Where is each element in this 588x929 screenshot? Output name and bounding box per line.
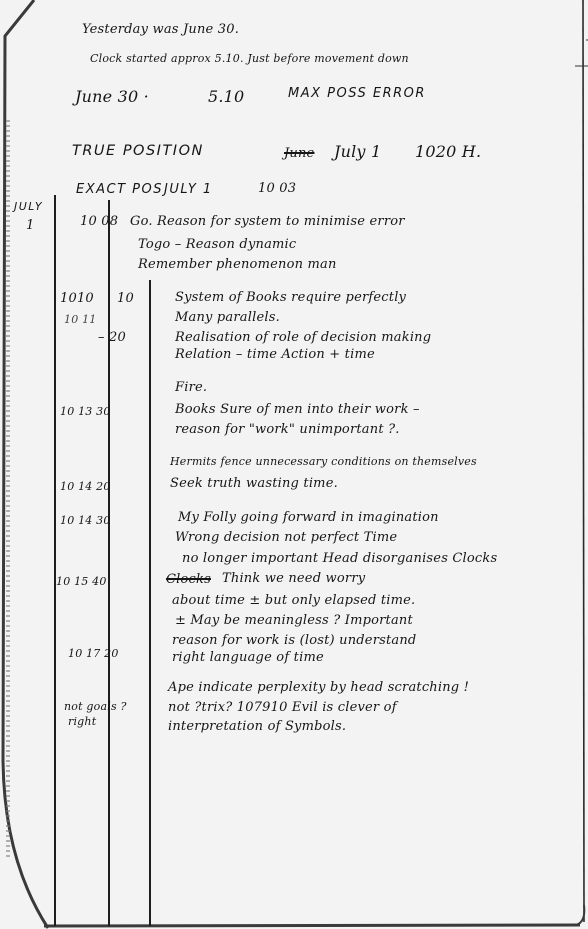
struck-word: Clocks <box>166 572 211 587</box>
entry-line: Ape indicate perplexity by head scratchi… <box>168 680 469 695</box>
header-date: June 30 · <box>75 87 149 106</box>
entry-time: 10 14 30 <box>60 514 111 527</box>
entry-line: Fire. <box>175 380 207 395</box>
entry-subtime: – 20 <box>98 330 126 345</box>
exact-pos-label: EXACT POS <box>76 182 163 197</box>
margin-note: right <box>68 715 96 728</box>
entry-line: Books Sure of men into their work – <box>175 402 420 417</box>
entry-line: Relation – time Action + time <box>175 347 375 362</box>
entry-line: Wrong decision not perfect Time <box>175 530 397 545</box>
entry-time: 10 14 20 <box>60 480 111 493</box>
true-position-date: July 1 <box>334 142 381 161</box>
entry-line: Remember phenomenon man <box>138 257 337 272</box>
entry-line: not ?trix? 107910 Evil is clever of <box>168 700 397 715</box>
entry-time: 10 11 <box>64 313 97 326</box>
entry-time: 10 17 20 <box>68 647 119 660</box>
entry-line: about time ± but only elapsed time. <box>172 593 415 608</box>
entry-line: right language of time <box>172 650 324 665</box>
exact-pos-date: JULY 1 <box>164 182 213 197</box>
entry-line: ± May be meaningless ? Important <box>175 613 413 628</box>
notebook-page: Yesterday was June 30. Clock started app… <box>0 0 588 929</box>
date-day: 1 <box>26 218 34 233</box>
true-position-struck: June <box>284 146 314 161</box>
entry-time: 10 15 40 <box>56 575 107 588</box>
entry-line: System of Books require perfectly <box>175 290 406 305</box>
header-time: 5.10 <box>208 87 244 106</box>
entry-subtime: 10 <box>117 291 134 306</box>
entry-line: Hermits fence unnecessary conditions on … <box>170 455 477 468</box>
exact-pos-time: 10 03 <box>258 181 296 196</box>
entry-line: My Folly going forward in imagination <box>178 510 439 525</box>
margin-note: not goals ? <box>64 700 127 713</box>
column-rule-date <box>54 195 56 926</box>
date-month: JULY <box>14 200 43 213</box>
true-position-label: TRUE POSITION <box>72 143 204 159</box>
column-rule-time <box>108 200 110 926</box>
entry-line: no longer important Head disorganises Cl… <box>182 551 497 566</box>
entry-line: interpretation of Symbols. <box>168 719 346 734</box>
header-line-1: Yesterday was June 30. <box>82 22 239 37</box>
entry-line: reason for "work" unimportant ?. <box>175 422 400 437</box>
entry-line: Go. Reason for system to minimise error <box>130 214 405 229</box>
header-line-2: Clock started approx 5.10. Just before m… <box>90 52 409 65</box>
max-poss-error-label: MAX POSS ERROR <box>288 86 426 101</box>
entry-line: Think we need worry <box>222 571 365 586</box>
entry-line: Togo – Reason dynamic <box>138 237 296 252</box>
entry-time: 10 13 30 <box>60 405 111 418</box>
entry-time: 10 08 <box>80 214 118 229</box>
entry-time: 1010 <box>60 291 94 306</box>
column-rule-sub <box>149 280 151 926</box>
entry-line: Seek truth wasting time. <box>170 476 338 491</box>
entry-line: Realisation of role of decision making <box>175 330 431 345</box>
true-position-time: 1020 H. <box>415 142 481 161</box>
entry-line: reason for work is (lost) understand <box>172 633 416 648</box>
entry-line: Many parallels. <box>175 310 280 325</box>
